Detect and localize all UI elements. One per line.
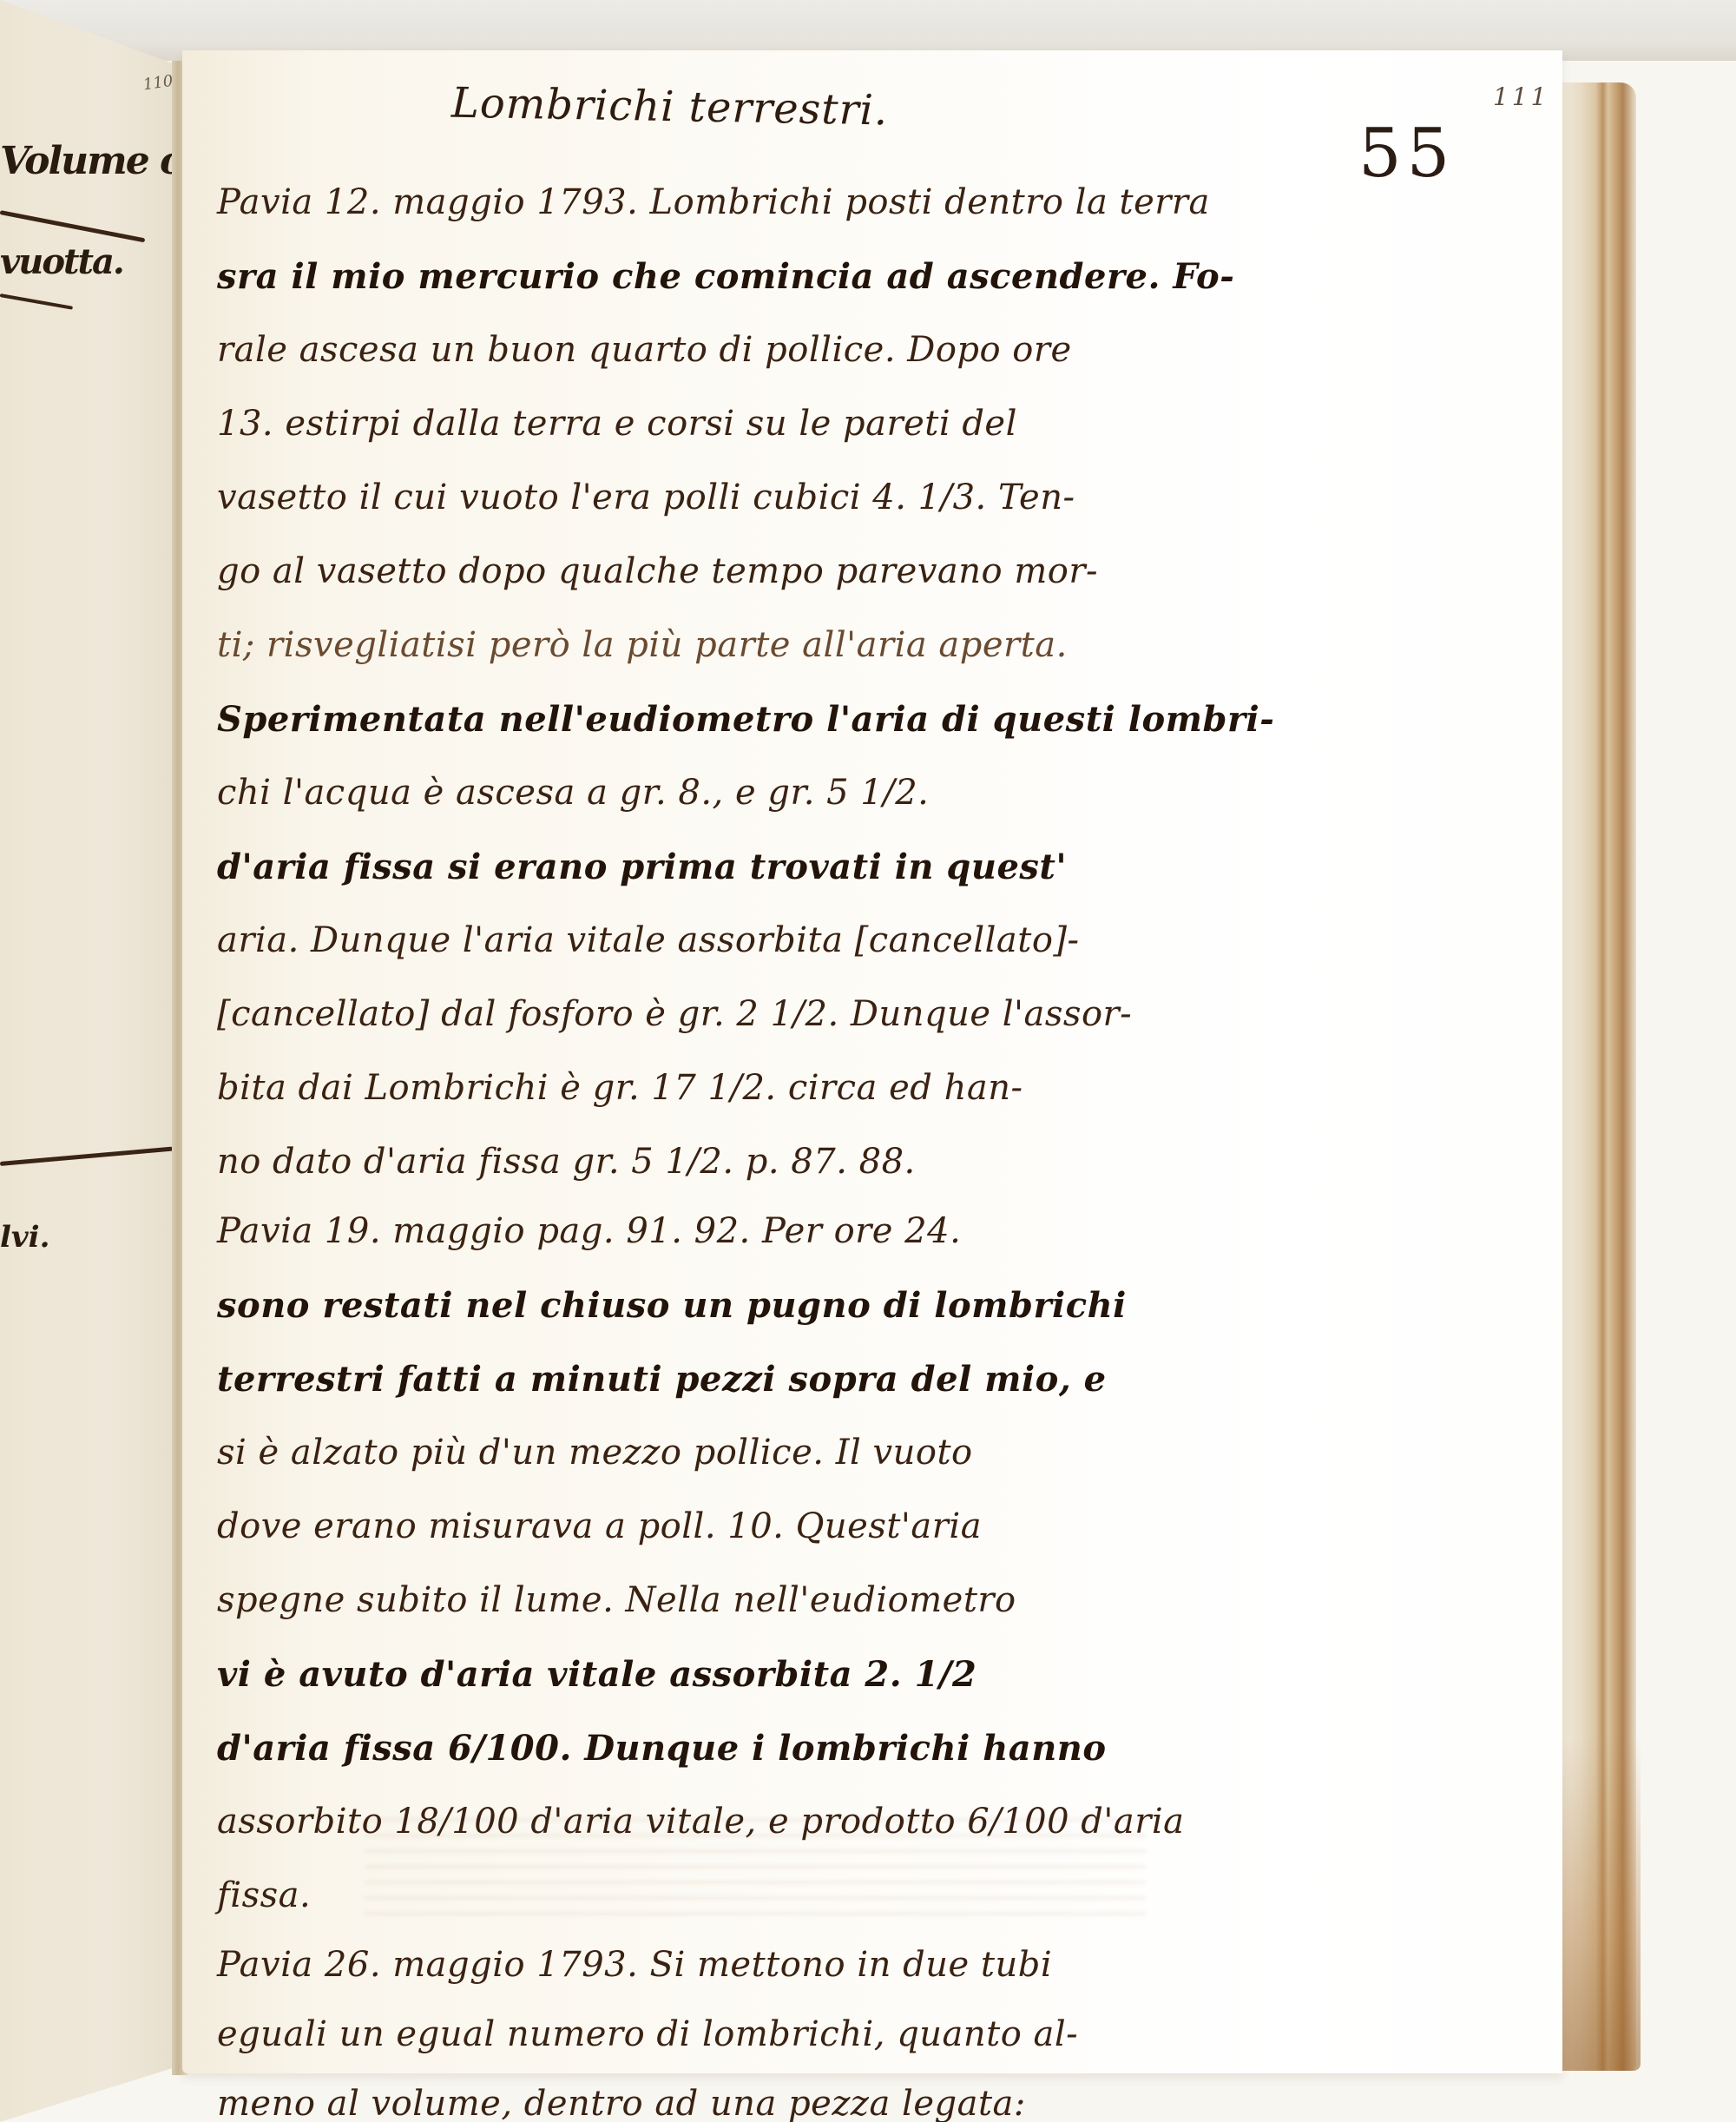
- manuscript-line: sra il mio mercurio che comincia ad asce…: [217, 256, 1234, 297]
- manuscript-line: si è alzato più d'un mezzo pollice. Il v…: [217, 1433, 973, 1473]
- manuscript-line: vasetto il cui vuoto l'era polli cubici …: [217, 478, 1075, 517]
- manuscript-line: rale ascesa un buon quarto di pollice. D…: [217, 330, 1072, 370]
- manuscript-line: dove erano misurava a poll. 10. Quest'ar…: [217, 1506, 982, 1546]
- underline-rule: [0, 293, 73, 310]
- right-folio-number: 111: [1493, 82, 1549, 111]
- manuscript-line: Sperimentata nell'eudiometro l'aria di q…: [217, 699, 1274, 740]
- manuscript-line: meno al volume, dentro ad una pezza lega…: [217, 2084, 1026, 2122]
- manuscript-line: assorbito 18/100 d'aria vitale, e prodot…: [217, 1802, 1184, 1842]
- left-margin-note: lvi.: [0, 1220, 49, 1255]
- left-folio-number: 110: [142, 72, 174, 95]
- manuscript-line: Pavia 26. maggio 1793. Si mettono in due…: [217, 1945, 1052, 1985]
- water-stain: [1554, 1736, 1641, 2071]
- manuscript-line: eguali un egual numero di lombrichi, qua…: [217, 2014, 1078, 2054]
- manuscript-line: spegne subito il lume. Nella nell'eudiom…: [217, 1580, 1016, 1620]
- manuscript-scan: 110 Volume ove vuotta. lvi. Lombrichi te…: [0, 0, 1736, 2122]
- manuscript-line: bita dai Lombrichi è gr. 17 1/2. circa e…: [217, 1068, 1023, 1108]
- manuscript-line: d'aria fissa si erano prima trovati in q…: [217, 847, 1067, 887]
- manuscript-line: 13. estirpi dalla terra e corsi su le pa…: [217, 404, 1017, 444]
- manuscript-line: ti; risvegliatisi però la più parte all'…: [217, 625, 1068, 665]
- underline-rule: [0, 210, 145, 242]
- manuscript-line: go al vasetto dopo qualche tempo parevan…: [217, 551, 1098, 591]
- manuscript-line: chi l'acqua è ascesa a gr. 8., e gr. 5 1…: [217, 773, 929, 813]
- manuscript-line: [cancellato] dal fosforo è gr. 2 1/2. Du…: [217, 994, 1132, 1034]
- left-margin-note: vuotta.: [0, 241, 123, 282]
- left-page: 110 Volume ove vuotta. lvi.: [0, 0, 178, 2122]
- manuscript-line: d'aria fissa 6/100. Dunque i lombrichi h…: [217, 1728, 1107, 1769]
- manuscript-line: vi è avuto d'aria vitale assorbita 2. 1/…: [217, 1654, 976, 1695]
- manuscript-line: no dato d'aria fissa gr. 5 1/2. p. 87. 8…: [217, 1142, 916, 1182]
- manuscript-line: Pavia 19. maggio pag. 91. 92. Per ore 24…: [217, 1211, 961, 1251]
- manuscript-line: aria. Dunque l'aria vitale assorbita [ca…: [217, 920, 1080, 960]
- stamped-page-number: 55: [1358, 115, 1455, 193]
- manuscript-line: Pavia 12. maggio 1793. Lombrichi posti d…: [217, 182, 1210, 222]
- page-title: Lombrichi terrestri.: [451, 79, 889, 135]
- manuscript-line: fissa.: [217, 1875, 311, 1915]
- section-rule: [0, 1147, 173, 1166]
- manuscript-line: sono restati nel chiuso un pugno di lomb…: [217, 1285, 1127, 1326]
- manuscript-line: terrestri fatti a minuti pezzi sopra del…: [217, 1359, 1107, 1400]
